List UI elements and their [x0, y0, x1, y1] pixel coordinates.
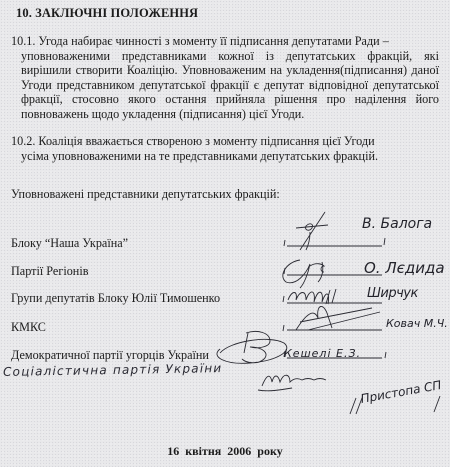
document-date: 16 квітня 2006 року	[0, 444, 450, 459]
representatives-label: Уповноважені представники депутатських ф…	[11, 187, 280, 202]
signature-name-regions: О. Лєдида	[364, 259, 445, 277]
faction-party-of-regions: Партії Регіонів	[11, 264, 88, 279]
signature-name-hungarian: Кешелі Е.З.	[284, 347, 361, 360]
paragraph-10-2-first-line: 10.2. Коаліція вважається створеною з мо…	[11, 134, 375, 148]
signature-name-byut: Ширчук	[367, 286, 418, 301]
paragraph-10-1-body: уповноваженими представниками кожної із …	[11, 49, 439, 122]
faction-hungarian-democratic-party: Демократичної партії угорців України	[11, 348, 209, 363]
paragraph-10-1-first-line: 10.1. Угода набирає чинності з моменту ї…	[11, 34, 389, 48]
faction-kmks: КМКС	[11, 320, 46, 335]
signature-name-socialist: Пристопа СП	[359, 378, 442, 406]
faction-tymoshenko-bloc: Групи депутатів Блоку Юлії Тимошенко	[11, 291, 220, 306]
paragraph-10-2: 10.2. Коаліція вважається створеною з мо…	[11, 134, 439, 163]
faction-our-ukraine: Блоку “Наша Україна”	[11, 236, 128, 251]
paragraph-10-2-body: усіма уповноваженими на те представникам…	[11, 149, 439, 164]
paragraph-10-1: 10.1. Угода набирає чинності з моменту ї…	[11, 34, 439, 122]
section-title: 10. ЗАКЛЮЧНІ ПОЛОЖЕННЯ	[16, 6, 198, 21]
document-page: 10. ЗАКЛЮЧНІ ПОЛОЖЕННЯ 10.1. Угода набир…	[0, 0, 450, 467]
signature-name-kmks: Ковач М.Ч.	[386, 317, 448, 330]
signature-name-baloha: В. Балога	[362, 216, 432, 232]
handwritten-socialist-party: Соціалістична партія України	[3, 361, 223, 379]
